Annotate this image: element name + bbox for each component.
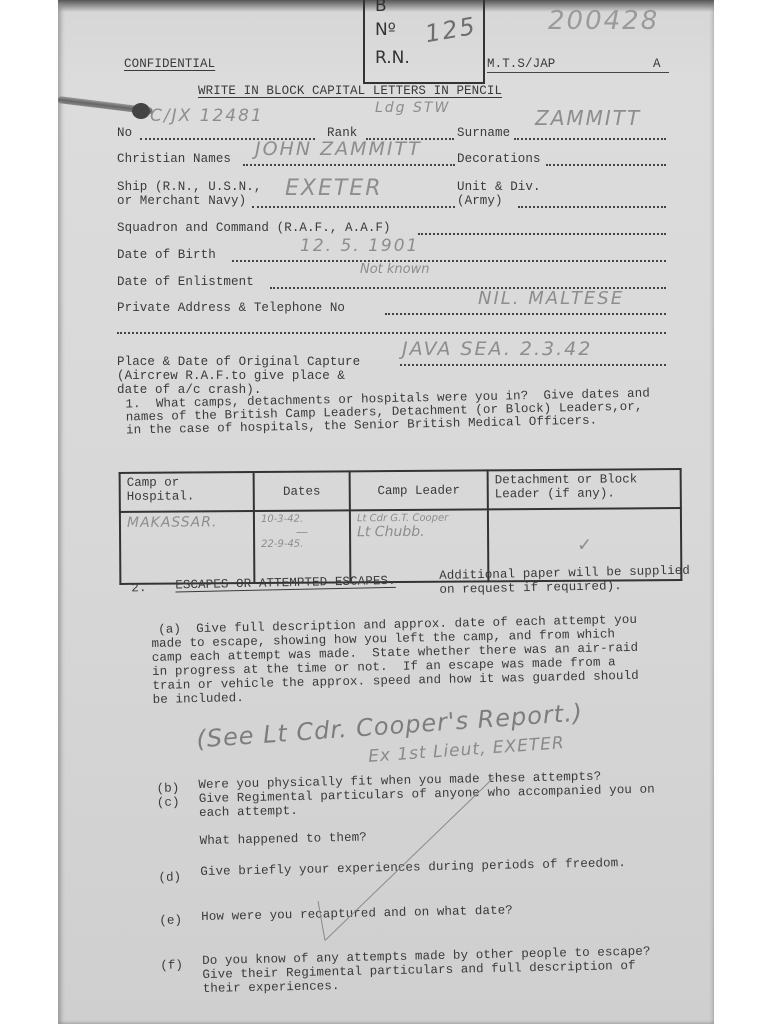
camp-leader-1: Lt Cdr G.T. Cooper xyxy=(357,512,481,524)
detachment-value: ✓ xyxy=(577,534,592,555)
christian-names-label: Christian Names xyxy=(117,152,231,166)
squadron-label: Squadron and Command (R.A.F., A.A.F) xyxy=(117,221,391,235)
capture-label-1: Place & Date of Original Capture xyxy=(117,355,360,369)
dob-label: Date of Birth xyxy=(117,248,216,262)
christian-names-value: JOHN ZAMMITT xyxy=(255,138,422,160)
header-detachment-leader: Detachment or Block Leader (if any). xyxy=(488,469,681,509)
stamp-line-2: Nº xyxy=(375,20,396,40)
archive-number: 200428 xyxy=(548,6,659,36)
q2b-label: (b) xyxy=(156,781,179,795)
stamp-line-3: R.N. xyxy=(375,48,410,68)
instruction-heading: WRITE IN BLOCK CAPITAL LETTERS IN PENCIL xyxy=(198,84,502,98)
date-from: 10-3-42. xyxy=(261,513,343,525)
reference-suffix: A xyxy=(653,57,661,71)
capture-label-2: (Aircrew R.A.F.to give place & xyxy=(117,369,345,383)
ship-label-2: or Merchant Navy) xyxy=(117,194,246,208)
classification: CONFIDENTIAL xyxy=(124,57,215,71)
camp-leader-2: Lt Chubb. xyxy=(357,523,481,540)
dotted-line xyxy=(252,206,455,208)
dotted-line xyxy=(400,364,666,366)
dotted-line xyxy=(514,138,666,140)
table-header-row: Camp or Hospital. Dates Camp Leader Deta… xyxy=(120,469,681,512)
dotted-line xyxy=(232,260,666,262)
surname-label: Surname xyxy=(457,126,510,140)
q2d-label: (d) xyxy=(158,870,181,884)
unit-label-1: Unit & Div. xyxy=(457,180,541,194)
q2-number: 2. xyxy=(131,581,146,595)
dotted-line xyxy=(117,332,666,334)
unit-label-2: (Army) xyxy=(457,194,503,208)
address-value: NIL. MALTESE xyxy=(478,288,624,309)
header-camp-leader: Camp Leader xyxy=(350,470,488,510)
enlistment-label: Date of Enlistment xyxy=(117,275,254,289)
camp-value: MAKASSAR. xyxy=(127,514,218,531)
decorations-label: Decorations xyxy=(457,152,541,166)
treasury-tag-knot xyxy=(132,103,150,119)
q2c-label: (c) xyxy=(157,795,180,809)
cell-dates: 10-3-42. — 22-9-45. xyxy=(254,510,351,583)
stamp-number: 125 xyxy=(423,12,479,49)
reference-underline xyxy=(487,72,669,73)
dob-value: 12. 5. 1901 xyxy=(300,236,419,256)
rank-value: Ldg STW xyxy=(375,100,450,116)
reference: M.T.S/JAP xyxy=(487,57,555,71)
dotted-line xyxy=(546,164,666,166)
surname-value: ZAMMITT xyxy=(535,106,641,130)
date-separator: — xyxy=(261,524,343,539)
cell-camp: MAKASSAR. xyxy=(120,511,254,584)
capture-value: JAVA SEA. 2.3.42 xyxy=(402,338,592,360)
q2a-line-6: be included. xyxy=(153,691,244,707)
dotted-line xyxy=(243,164,455,166)
dotted-line xyxy=(518,206,666,208)
ship-label-1: Ship (R.N., U.S.N., xyxy=(117,180,261,194)
service-number-value: C/JX 12481 xyxy=(150,106,264,126)
registry-stamp: B Nº R.N. 125 xyxy=(363,0,485,84)
stamp-line-1: B xyxy=(375,0,387,16)
q2f-label: (f) xyxy=(160,958,183,972)
q2e-label: (e) xyxy=(159,913,182,927)
q2f-text-3: their experiences. xyxy=(203,979,340,996)
header-camp: Camp or Hospital. xyxy=(120,472,254,512)
q2c-text-2: each attempt. xyxy=(199,804,298,820)
address-label: Private Address & Telephone No xyxy=(117,301,345,315)
header-dates: Dates xyxy=(254,471,350,511)
enlistment-value: Not known xyxy=(360,262,430,277)
ship-value: EXETER xyxy=(285,176,383,201)
dotted-line xyxy=(385,313,666,315)
service-number-label: No xyxy=(117,126,132,140)
dotted-line xyxy=(418,233,666,235)
date-to: 22-9-45. xyxy=(261,538,343,550)
